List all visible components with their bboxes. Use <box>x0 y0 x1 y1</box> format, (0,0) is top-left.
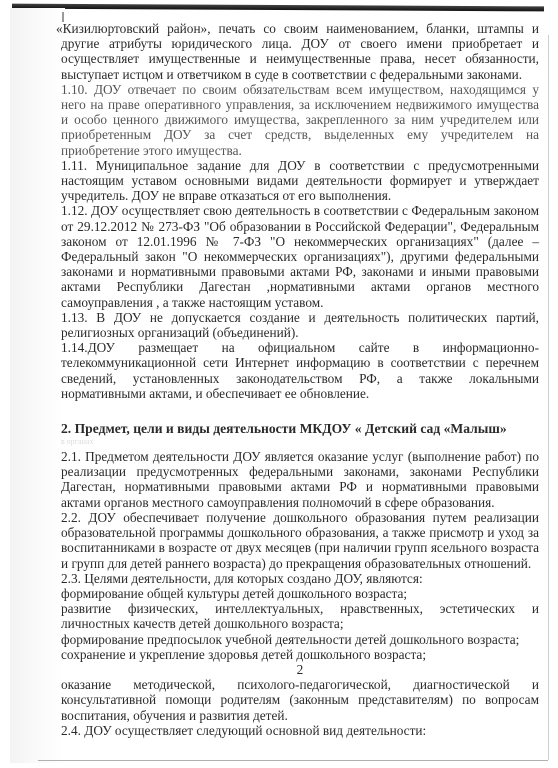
page-number: 2 <box>61 662 539 677</box>
scan-top-edge <box>12 4 544 12</box>
section-2-heading: 2. Предмет, цели и виды деятельности МКД… <box>61 421 539 437</box>
paragraph-2-4: 2.4. ДОУ осуществляет следующий основной… <box>61 723 539 738</box>
scan-left-shadow <box>10 8 65 763</box>
paragraph-1-11: 1.11. Муниципальное задание для ДОУ в со… <box>61 158 539 204</box>
list-item-goal-2: развитие физических, интеллектуальных, н… <box>61 601 539 631</box>
scan-right-edge <box>548 35 549 760</box>
list-item-goal-1: формирование общей культуры детей дошкол… <box>61 586 539 601</box>
paragraph-1-13: 1.13. В ДОУ не допускается создание и де… <box>61 310 539 340</box>
list-item-goal-4: сохранение и укрепление здоровья детей д… <box>61 647 539 662</box>
scan-bottom-edge <box>38 760 548 761</box>
document-page: «Кизилюртовский район», печать со своим … <box>61 21 539 738</box>
paragraph-2-1: 2.1. Предметом деятельности ДОУ является… <box>61 449 539 510</box>
paragraph-1-14: 1.14.ДОУ размещает на официальном сайте … <box>61 340 539 401</box>
list-item-goal-3: формирование предпосылок учебной деятель… <box>61 632 539 647</box>
paragraph-2-2: 2.2. ДОУ обеспечивает получение дошкольн… <box>61 510 539 571</box>
paragraph-2-3: 2.3. Целями деятельности, для которых со… <box>61 571 539 586</box>
paragraph-1-10: 1.10. ДОУ отвечает по своим обязательств… <box>61 82 539 158</box>
list-item-goal-5: оказание методической, психолого-педагог… <box>61 677 539 723</box>
paragraph-1-12: 1.12. ДОУ осуществляет свою деятельность… <box>61 203 539 309</box>
paragraph-continuation: «Кизилюртовский район», печать со своим … <box>61 21 539 82</box>
bleed-through-text: в органах <box>61 437 539 449</box>
